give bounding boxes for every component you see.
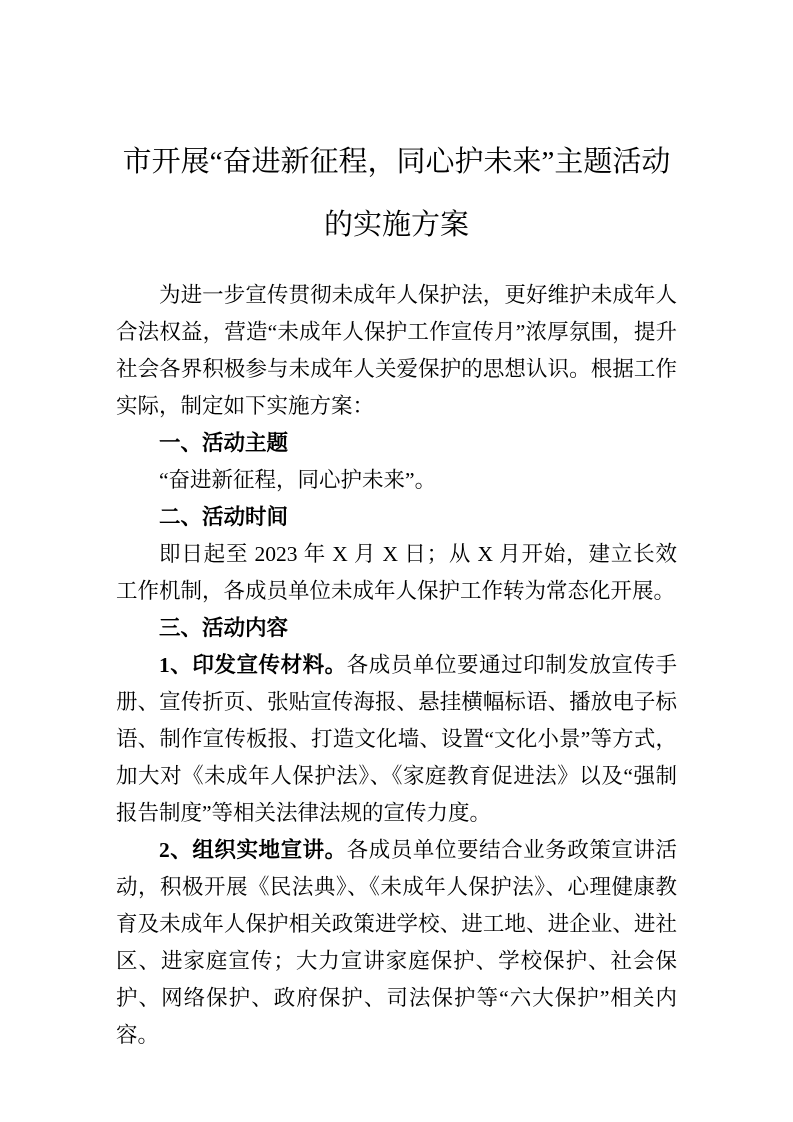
document-title: 市开展“奋进新征程，同心护未来”主题活动 的实施方案 — [116, 131, 677, 257]
document-content: 市开展“奋进新征程，同心护未来”主题活动 的实施方案 为进一步宣传贯彻未成年人保… — [0, 0, 793, 1054]
item-1-body-text: 各成员单位要通过印制发放宣传手册、宣传折页、张贴宣传海报、悬挂横幅标语、播放电子… — [116, 653, 677, 825]
item-2-paragraph: 2、组织实地宣讲。各成员单位要结合业务政策宣讲活动，积极开展《民法典》、《未成年… — [116, 832, 677, 1054]
document-title-line-1: 市开展“奋进新征程，同心护未来”主题活动 — [116, 131, 677, 194]
document-title-line-2: 的实施方案 — [116, 194, 677, 257]
document-page: 市开展“奋进新征程，同心护未来”主题活动 的实施方案 为进一步宣传贯彻未成年人保… — [0, 0, 793, 1122]
item-1-lead-label: 1、印发宣传材料。 — [159, 653, 347, 677]
section-2-heading: 二、活动时间 — [116, 499, 677, 536]
section-1-heading: 一、活动主题 — [116, 425, 677, 462]
intro-paragraph: 为进一步宣传贯彻未成年人保护法，更好维护未成年人合法权益，营造“未成年人保护工作… — [116, 277, 677, 425]
item-2-lead-label: 2、组织实地宣讲。 — [159, 838, 347, 862]
item-2-body-text: 各成员单位要结合业务政策宣讲活动，积极开展《民法典》、《未成年人保护法》、心理健… — [116, 838, 677, 1047]
section-3-heading: 三、活动内容 — [116, 610, 677, 647]
item-1-paragraph: 1、印发宣传材料。各成员单位要通过印制发放宣传手册、宣传折页、张贴宣传海报、悬挂… — [116, 647, 677, 832]
section-1-body: “奋进新征程，同心护未来”。 — [116, 462, 677, 499]
section-2-body: 即日起至 2023 年 X 月 X 日；从 X 月开始，建立长效工作机制，各成员… — [116, 536, 677, 610]
